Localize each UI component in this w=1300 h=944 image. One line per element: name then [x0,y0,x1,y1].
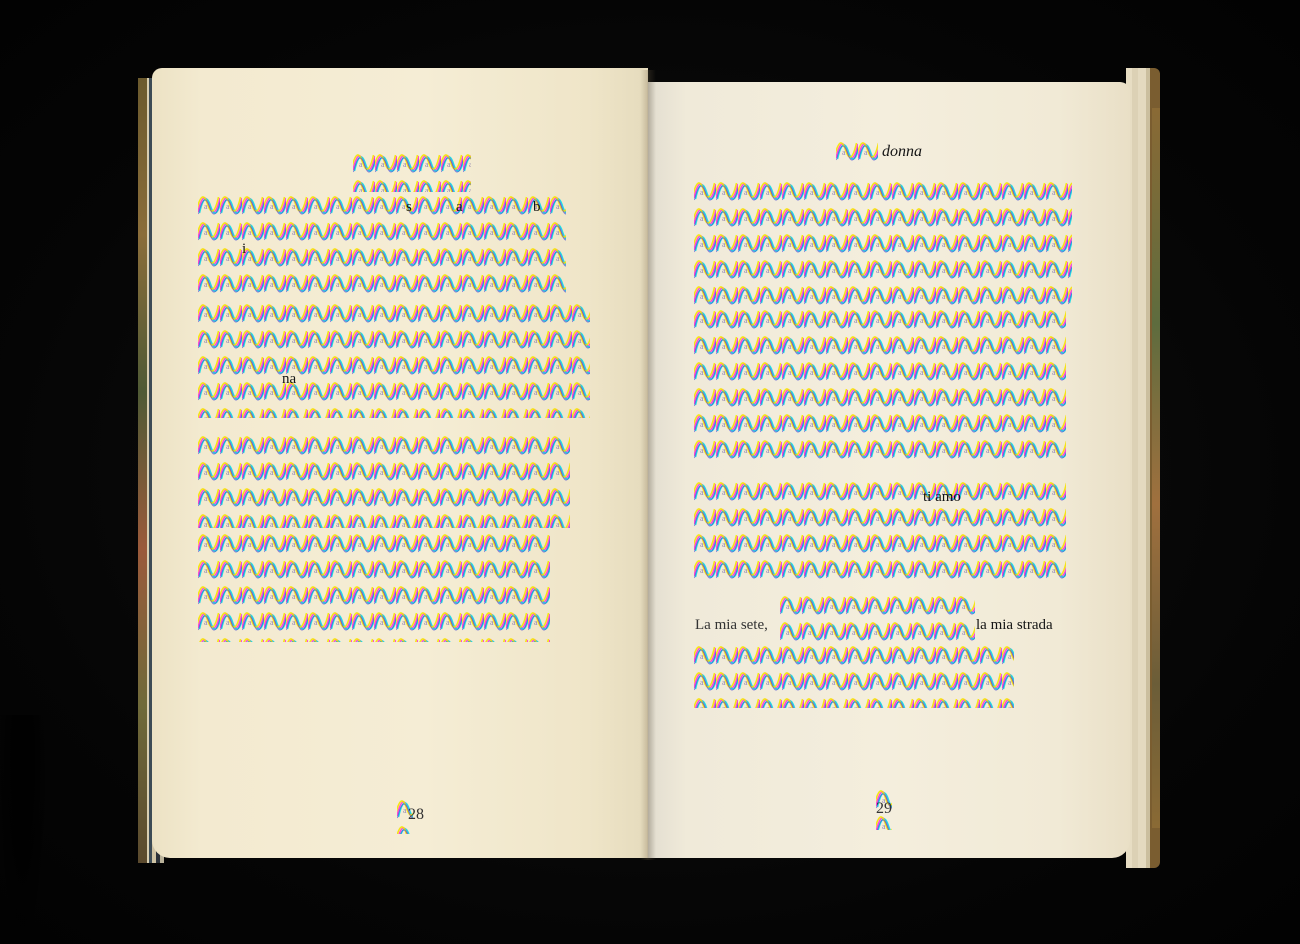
book-right-edge [1126,68,1160,868]
scribble-block [694,306,1066,466]
visible-word: ti amo [923,490,961,505]
visible-word: La mia sete, [695,618,768,633]
scribble-block [694,642,1014,708]
marbled-edge [1152,108,1160,828]
scribble-title-left [353,150,471,192]
marbled-edge [138,78,147,863]
visible-word: i [242,242,246,257]
visible-word: na [282,372,296,387]
visible-word: b [533,200,541,215]
scribble-block [198,432,570,528]
scribble-block [198,530,550,642]
scribble-block [198,300,590,418]
page-number-right: 29 [876,800,892,818]
page-title-right: donna [882,144,922,160]
scribble-block [694,478,1066,582]
visible-word: la mia strada [976,618,1053,633]
photographer-shadow [0,715,45,944]
visible-word: s [406,200,412,215]
scribble-block [198,192,566,300]
page-number-left: 28 [408,806,424,824]
scribble-block [780,592,975,642]
scribble-title-right [836,138,878,168]
book-gutter [640,70,656,860]
visible-word: a [456,200,463,215]
scribble-block [694,178,1072,306]
